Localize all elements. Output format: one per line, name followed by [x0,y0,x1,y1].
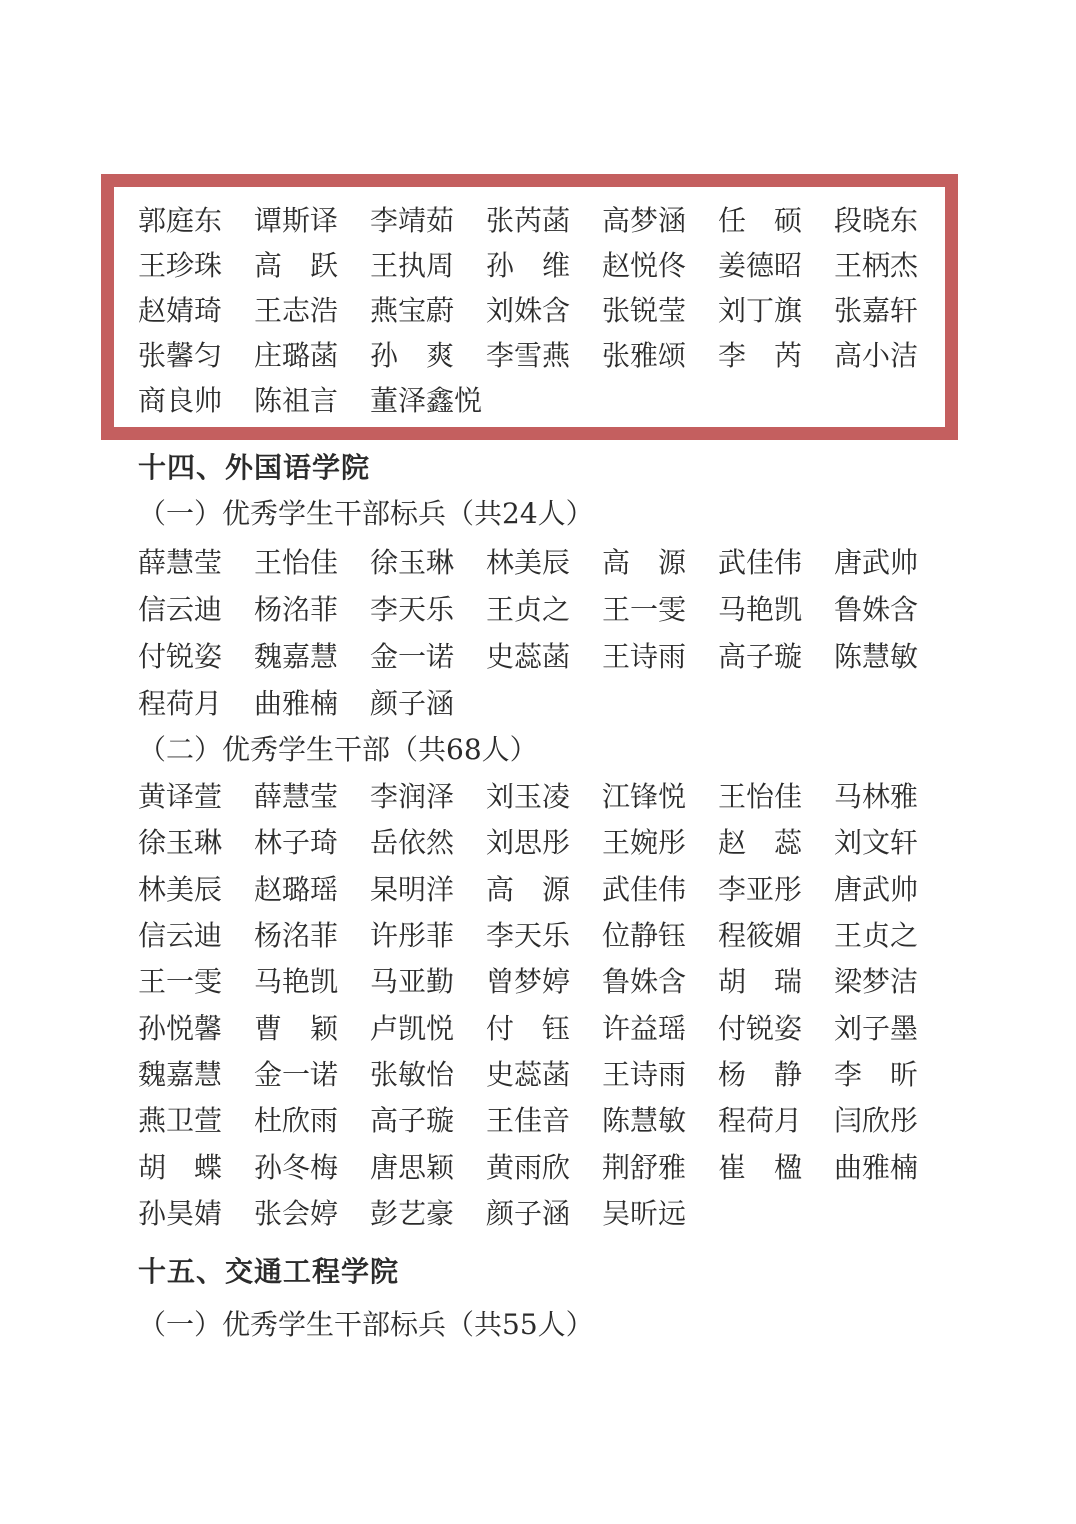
student-name: 赵璐瑶 [254,874,370,906]
student-name: 孙 维 [486,250,602,282]
student-name: 王怡佳 [254,547,370,579]
student-name: 杨洺菲 [254,920,370,952]
student-name: 付 钰 [486,1013,602,1045]
student-name: 王一雯 [602,594,718,626]
section-heading-14: 十四、外国语学院 [138,452,370,484]
student-name: 刘思彤 [486,827,602,859]
student-name: 颜子涵 [370,688,486,720]
student-name: 李雪燕 [486,340,602,372]
name-row: 王珍珠高 跃王执周孙 维赵悦佟姜德昭王柄杰 [138,250,950,282]
student-name: 王怡佳 [718,781,834,813]
student-name: 张嘉轩 [834,295,950,327]
student-name: 唐思颖 [370,1152,486,1184]
student-name: 高子璇 [718,641,834,673]
student-name: 林子琦 [254,827,370,859]
student-name: 胡 瑞 [718,966,834,998]
student-name: 唐武帅 [834,547,950,579]
student-name: 彭艺豪 [370,1198,486,1230]
name-row: 胡 蝶孙冬梅唐思颖黄雨欣荆舒雅崔 楹曲雅楠 [138,1152,950,1184]
student-name: 高子璇 [370,1105,486,1137]
student-name: 林美辰 [138,874,254,906]
section-heading-15: 十五、交通工程学院 [138,1256,399,1288]
student-name: 程荷月 [138,688,254,720]
student-name: 曲雅楠 [254,688,370,720]
student-name: 王贞之 [486,594,602,626]
student-name: 高小洁 [834,340,950,372]
student-name: 姜德昭 [718,250,834,282]
name-row: 付锐姿魏嘉慧金一诺史蕊菡王诗雨高子璇陈慧敏 [138,641,950,673]
name-row: 郭庭东谭斯译李靖茹张芮菡高梦涵任 硕段晓东 [138,205,950,237]
student-name: 李天乐 [370,594,486,626]
student-name: 杨 静 [718,1059,834,1091]
student-name: 陈祖言 [254,385,370,417]
student-name: 李亚彤 [718,874,834,906]
name-row: 林美辰赵璐瑶杲明洋高 源武佳伟李亚彤唐武帅 [138,874,950,906]
student-name: 武佳伟 [602,874,718,906]
student-name: 赵悦佟 [602,250,718,282]
student-name: 李靖茹 [370,205,486,237]
student-name: 王珍珠 [138,250,254,282]
student-name: 高梦涵 [602,205,718,237]
student-name: 黄译萱 [138,781,254,813]
student-name: 燕宝蔚 [370,295,486,327]
student-name: 付锐姿 [718,1013,834,1045]
student-name: 颜子涵 [486,1198,602,1230]
student-name: 鲁姝含 [602,966,718,998]
student-name: 魏嘉慧 [138,1059,254,1091]
student-name: 李 昕 [834,1059,950,1091]
student-name: 王贞之 [834,920,950,952]
student-name: 程筱媚 [718,920,834,952]
subsection-title-15-1: （一）优秀学生干部标兵（共55人） [138,1309,594,1341]
student-name: 胡 蝶 [138,1152,254,1184]
name-row: 孙昊婧张会婷彭艺豪颜子涵吴昕远 [138,1198,718,1230]
student-name: 任 硕 [718,205,834,237]
student-name: 商良帅 [138,385,254,417]
student-name: 闫欣彤 [834,1105,950,1137]
student-name: 杨洺菲 [254,594,370,626]
student-name: 刘文轩 [834,827,950,859]
student-name: 刘子墨 [834,1013,950,1045]
student-name: 刘姝含 [486,295,602,327]
student-name: 江锋悦 [602,781,718,813]
student-name: 王执周 [370,250,486,282]
student-name: 李润泽 [370,781,486,813]
name-row: 王一雯马艳凯马亚勤曾梦婷鲁姝含胡 瑞梁梦洁 [138,966,950,998]
student-name: 刘丁旗 [718,295,834,327]
student-name: 唐武帅 [834,874,950,906]
student-name: 薛慧莹 [254,781,370,813]
student-name: 付锐姿 [138,641,254,673]
student-name: 张芮菡 [486,205,602,237]
student-name: 孙 爽 [370,340,486,372]
student-name: 李天乐 [486,920,602,952]
student-name: 武佳伟 [718,547,834,579]
student-name: 徐玉琳 [138,827,254,859]
subsection-title-14-1: （一）优秀学生干部标兵（共24人） [138,498,594,530]
student-name: 赵 蕊 [718,827,834,859]
name-row: 信云迪杨洺菲许彤菲李天乐位静钰程筱媚王贞之 [138,920,950,952]
student-name: 薛慧莹 [138,547,254,579]
student-name: 吴昕远 [602,1198,718,1230]
student-name: 孙悦馨 [138,1013,254,1045]
name-row: 商良帅陈祖言董泽鑫悦 [138,385,486,417]
student-name: 卢凯悦 [370,1013,486,1045]
student-name: 信云迪 [138,594,254,626]
name-row: 赵婧琦王志浩燕宝蔚刘姝含张锐莹刘丁旗张嘉轩 [138,295,950,327]
student-name: 王诗雨 [602,641,718,673]
student-name: 庄璐菡 [254,340,370,372]
student-name: 张会婷 [254,1198,370,1230]
student-name: 岳依然 [370,827,486,859]
student-name: 王一雯 [138,966,254,998]
student-name: 谭斯译 [254,205,370,237]
student-name: 高 源 [486,874,602,906]
student-name: 王诗雨 [602,1059,718,1091]
student-name: 王志浩 [254,295,370,327]
name-row: 信云迪杨洺菲李天乐王贞之王一雯马艳凯鲁姝含 [138,594,950,626]
student-name: 段晓东 [834,205,950,237]
student-name: 董泽鑫悦 [370,385,486,417]
student-name: 张馨匀 [138,340,254,372]
student-name: 刘玉凌 [486,781,602,813]
student-name: 林美辰 [486,547,602,579]
student-name: 孙昊婧 [138,1198,254,1230]
student-name: 张敏怡 [370,1059,486,1091]
student-name: 杲明洋 [370,874,486,906]
student-name: 魏嘉慧 [254,641,370,673]
student-name: 许彤菲 [370,920,486,952]
student-name: 陈慧敏 [834,641,950,673]
student-name: 曲雅楠 [834,1152,950,1184]
student-name: 金一诺 [254,1059,370,1091]
student-name: 马艳凯 [718,594,834,626]
student-name: 史蕊菡 [486,641,602,673]
student-name: 李 芮 [718,340,834,372]
name-row: 燕卫萱杜欣雨高子璇王佳音陈慧敏程荷月闫欣彤 [138,1105,950,1137]
student-name: 崔 楹 [718,1152,834,1184]
student-name: 赵婧琦 [138,295,254,327]
student-name: 信云迪 [138,920,254,952]
subsection-title-14-2: （二）优秀学生干部（共68人） [138,734,538,766]
name-row: 黄译萱薛慧莹李润泽刘玉凌江锋悦王怡佳马林雅 [138,781,950,813]
student-name: 曾梦婷 [486,966,602,998]
student-name: 杜欣雨 [254,1105,370,1137]
student-name: 马亚勤 [370,966,486,998]
student-name: 金一诺 [370,641,486,673]
student-name: 黄雨欣 [486,1152,602,1184]
student-name: 徐玉琳 [370,547,486,579]
student-name: 程荷月 [718,1105,834,1137]
student-name: 王柄杰 [834,250,950,282]
student-name: 张雅颂 [602,340,718,372]
student-name: 王婉彤 [602,827,718,859]
name-row: 薛慧莹王怡佳徐玉琳林美辰高 源武佳伟唐武帅 [138,547,950,579]
name-row: 张馨匀庄璐菡孙 爽李雪燕张雅颂李 芮高小洁 [138,340,950,372]
student-name: 郭庭东 [138,205,254,237]
student-name: 马林雅 [834,781,950,813]
student-name: 荆舒雅 [602,1152,718,1184]
student-name: 许益瑶 [602,1013,718,1045]
name-row: 魏嘉慧金一诺张敏怡史蕊菡王诗雨杨 静李 昕 [138,1059,950,1091]
name-row: 徐玉琳林子琦岳依然刘思彤王婉彤赵 蕊刘文轩 [138,827,950,859]
name-row: 孙悦馨曹 颖卢凯悦付 钰许益瑶付锐姿刘子墨 [138,1013,950,1045]
student-name: 马艳凯 [254,966,370,998]
student-name: 孙冬梅 [254,1152,370,1184]
student-name: 鲁姝含 [834,594,950,626]
student-name: 史蕊菡 [486,1059,602,1091]
student-name: 张锐莹 [602,295,718,327]
student-name: 陈慧敏 [602,1105,718,1137]
student-name: 高 源 [602,547,718,579]
name-row: 程荷月曲雅楠颜子涵 [138,688,486,720]
student-name: 曹 颖 [254,1013,370,1045]
student-name: 燕卫萱 [138,1105,254,1137]
student-name: 高 跃 [254,250,370,282]
student-name: 王佳音 [486,1105,602,1137]
student-name: 位静钰 [602,920,718,952]
student-name: 梁梦洁 [834,966,950,998]
